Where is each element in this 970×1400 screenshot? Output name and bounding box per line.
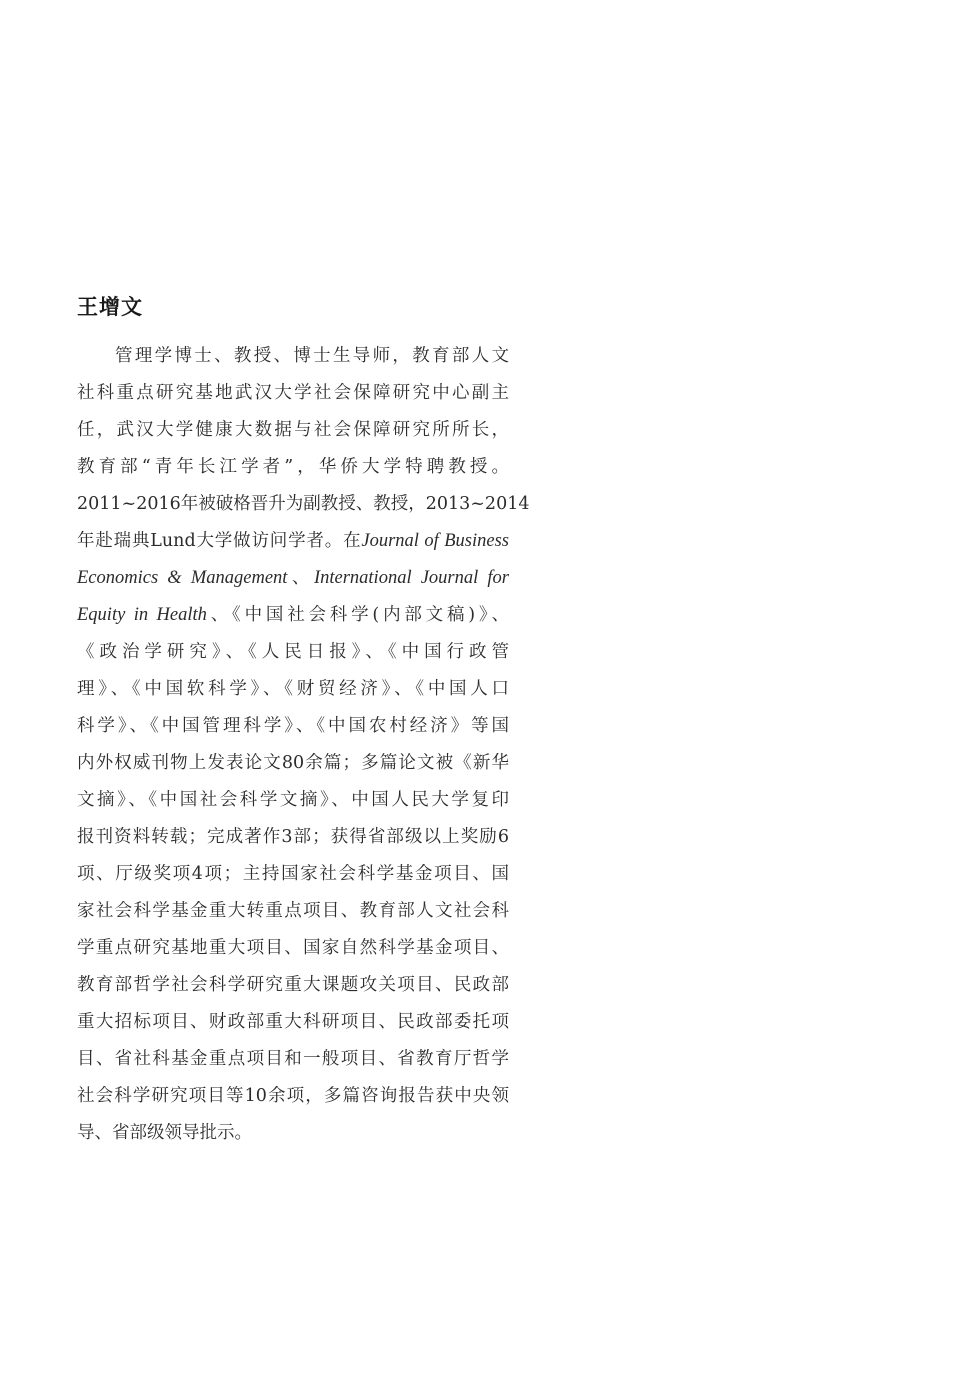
journal-title: Journal of Business [361,531,509,551]
bio-line: 社会科学研究项目等10余项，多篇咨询报告获中央领 [77,1078,509,1115]
bio-line: 目、省社科基金重点项目和一般项目、省教育厅哲学 [77,1041,509,1078]
bio-text: 科学》、《中国管理科学》、《中国农村经济》等国 [77,716,509,736]
bio-text: 社科重点研究基地武汉大学社会保障研究中心副主 [77,383,509,403]
bio-line: 内外权威刊物上发表论文80余篇；多篇论文被《新华 [77,745,509,782]
bio-line: 2011~2016年被破格晋升为副教授、教授，2013~2014 [77,486,509,523]
bio-text: 目、省社科基金重点项目和一般项目、省教育厅哲学 [77,1049,509,1069]
bio-text: 2011~2016年被破格晋升为副教授、教授，2013~2014 [77,494,529,514]
bio-text: 、《中国社会科学(内部文稿)》、 [207,605,509,625]
bio-line: 教育部“青年长江学者”，华侨大学特聘教授。 [77,449,509,486]
document-page: 王增文 管理学博士、教授、博士生导师，教育部人文 社科重点研究基地武汉大学社会保… [0,0,970,1400]
journal-title: Economics & Management [77,568,287,588]
bio-line: 管理学博士、教授、博士生导师，教育部人文 [77,338,509,375]
bio-line: 理》、《中国软科学》、《财贸经济》、《中国人口 [77,671,509,708]
journal-title: International Journal for [314,568,509,588]
bio-line: 教育部哲学社会科学研究重大课题攻关项目、民政部 [77,967,509,1004]
bio-line: Economics & Management、International Jou… [77,560,509,597]
bio-line: 报刊资料转载；完成著作3部；获得省部级以上奖励6 [77,819,509,856]
bio-line: 社科重点研究基地武汉大学社会保障研究中心副主 [77,375,509,412]
bio-text: 文摘》、《中国社会科学文摘》、中国人民大学复印 [77,790,509,810]
bio-line: 家社会科学基金重大转重点项目、教育部人文社会科 [77,893,509,930]
bio-line: 年赴瑞典Lund大学做访问学者。在Journal of Business [77,523,509,560]
bio-line: 任，武汉大学健康大数据与社会保障研究所所长， [77,412,509,449]
bio-text: 导、省部级领导批示。 [77,1123,252,1143]
bio-text: 管理学博士、教授、博士生导师，教育部人文 [115,346,509,366]
bio-text: 教育部哲学社会科学研究重大课题攻关项目、民政部 [77,975,509,995]
bio-text: 学重点研究基地重大项目、国家自然科学基金项目、 [77,938,509,958]
bio-text: 家社会科学基金重大转重点项目、教育部人文社会科 [77,901,509,921]
bio-text: 项、厅级奖项4项；主持国家社会科学基金项目、国 [77,864,509,884]
bio-line: Equity in Health、《中国社会科学(内部文稿)》、 [77,597,509,634]
bio-text: 内外权威刊物上发表论文80余篇；多篇论文被《新华 [77,753,509,773]
bio-text: 重大招标项目、财政部重大科研项目、民政部委托项 [77,1012,509,1032]
bio-line: 科学》、《中国管理科学》、《中国农村经济》等国 [77,708,509,745]
bio-text: 理》、《中国软科学》、《财贸经济》、《中国人口 [77,679,509,699]
bio-line: 文摘》、《中国社会科学文摘》、中国人民大学复印 [77,782,509,819]
bio-text: 、 [287,568,314,588]
bio-text: 社会科学研究项目等10余项，多篇咨询报告获中央领 [77,1086,509,1106]
author-name: 王增文 [77,291,143,321]
bio-text: 任，武汉大学健康大数据与社会保障研究所所长， [77,420,509,440]
bio-line: 《政治学研究》、《人民日报》、《中国行政管 [77,634,509,671]
bio-text: 年赴瑞典Lund大学做访问学者。在 [77,531,361,551]
author-bio: 管理学博士、教授、博士生导师，教育部人文 社科重点研究基地武汉大学社会保障研究中… [77,338,509,1152]
bio-line: 导、省部级领导批示。 [77,1115,509,1152]
bio-line: 学重点研究基地重大项目、国家自然科学基金项目、 [77,930,509,967]
bio-text: 《政治学研究》、《人民日报》、《中国行政管 [77,642,509,662]
journal-title: Equity in Health [77,605,207,625]
bio-text: 报刊资料转载；完成著作3部；获得省部级以上奖励6 [77,827,509,847]
bio-line: 项、厅级奖项4项；主持国家社会科学基金项目、国 [77,856,509,893]
bio-text: 教育部“青年长江学者”，华侨大学特聘教授。 [77,457,509,477]
bio-line: 重大招标项目、财政部重大科研项目、民政部委托项 [77,1004,509,1041]
